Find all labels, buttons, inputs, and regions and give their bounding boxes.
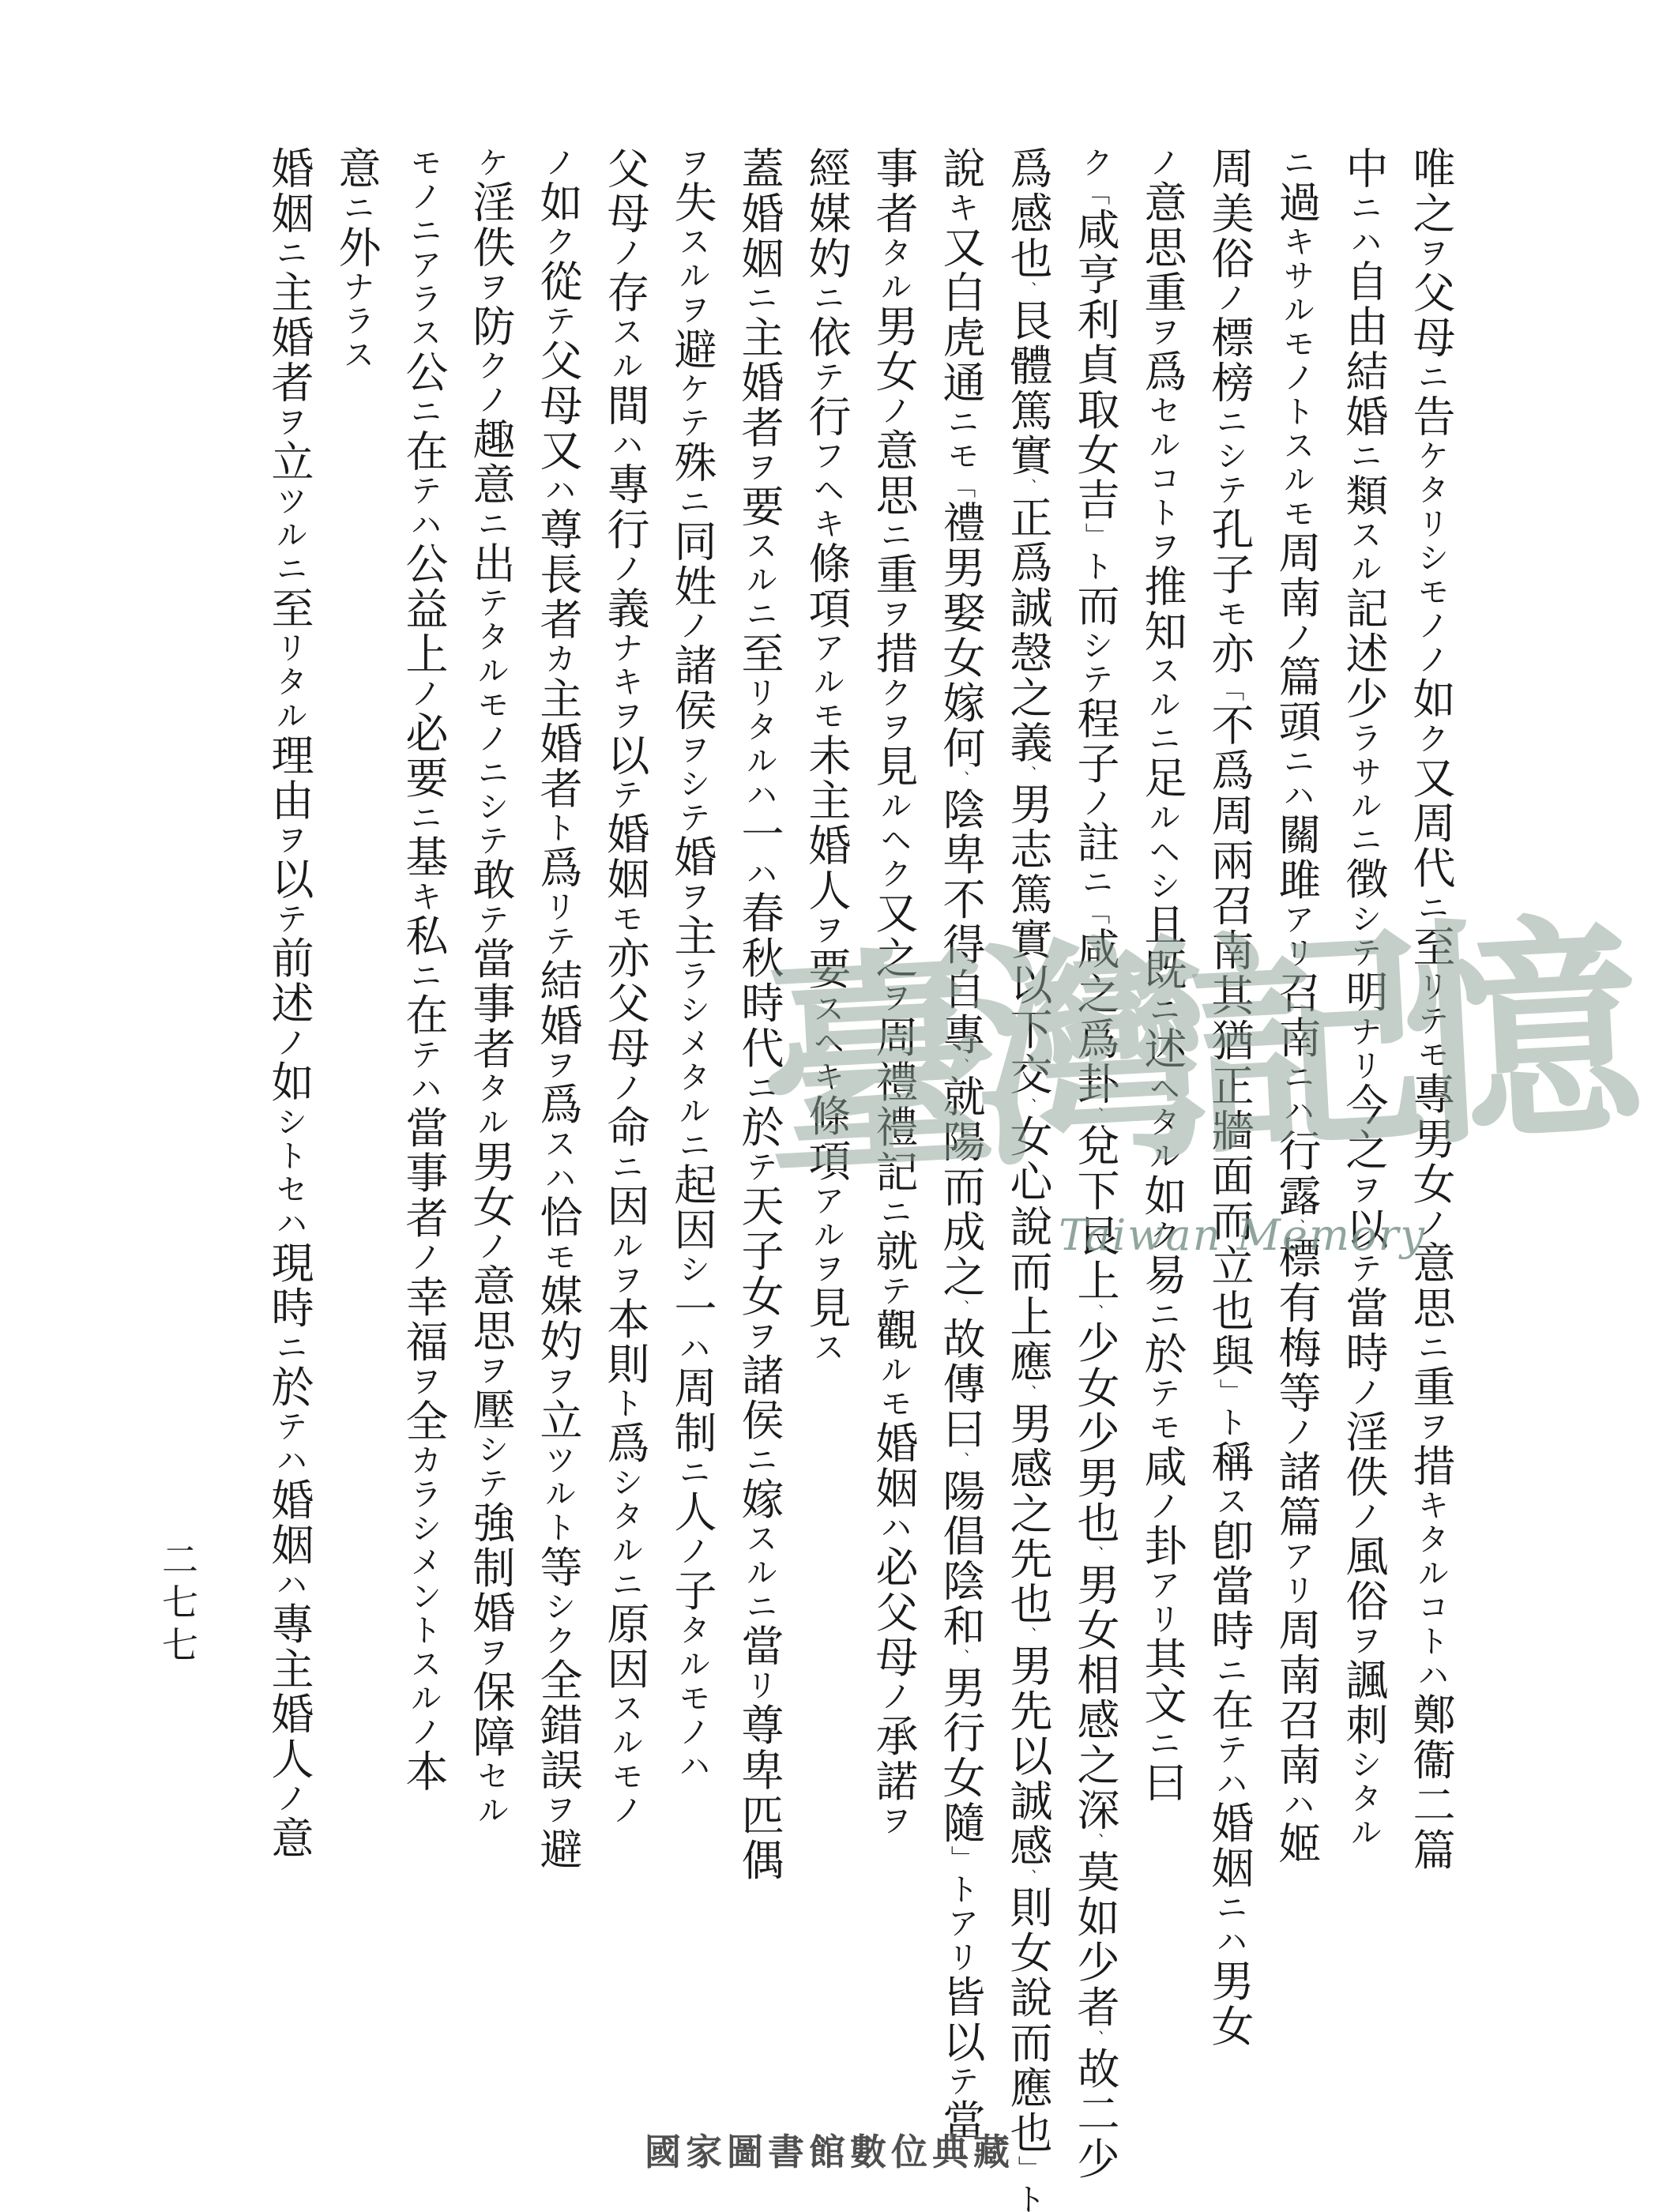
text-column: ニ過キサルモノトスルモ周南ノ篇頭ニハ關雎アリ召南ニハ行露、標有梅等ノ諸篇アリ周南… xyxy=(1275,146,1318,2212)
text-column: 意ニ外ナラス xyxy=(335,146,378,2212)
text-column: 經媒妁ニ依テ行フヘキ條項アルモ未主婚人ヲ要スヘキ條項アルヲ見ス xyxy=(805,146,848,2212)
text-column: 事者タル男女ノ意思ニ重ヲ措クヲ見ルヘク又之ヲ周禮禮記ニ就テ觀ルモ婚姻ハ必父母ノ承… xyxy=(872,146,915,2212)
text-column: 中ニハ自由結婚ニ類スル記述少ラサルニ徴シテ明ナリ今之ヲ以テ當時ノ淫佚ノ風俗ヲ諷刺… xyxy=(1342,146,1385,2212)
text-column: 爲感也、艮體篤實、正爲誠愨之義、男志篤實以下交、女心說而上應、男感之先也、男先以… xyxy=(1006,146,1049,2212)
text-column: 婚姻ニ主婚者ヲ立ツルニ至リタル理由ヲ以テ前述ノ如シトセハ現時ニ於テハ婚姻ハ專主婚… xyxy=(268,146,310,2212)
page-number: 二七七 xyxy=(152,1540,204,1668)
text-column: 唯之ヲ父母ニ告ケタリシモノノ如ク又周代ニ至リテモ專男女ノ意思ニ重ヲ措キタルコトハ… xyxy=(1409,146,1452,2212)
text-column: 父母ノ存スル間ハ專行ノ義ナキヲ以テ婚姻モ亦父母ノ命ニ因ルヲ本則ト爲シタルニ原因ス… xyxy=(604,146,646,2212)
text-column: ノ如ク從テ父母又ハ尊長者カ主婚者ト爲リテ結婚ヲ爲スハ恰モ媒妁ヲ立ツルト等シク全錯… xyxy=(536,146,579,2212)
text-column: 周美俗ノ標榜ニシテ孔子モ亦「不爲周兩召南其猶正牆面而立也與」ト稱ス卽當時ニ在テハ… xyxy=(1208,146,1251,2212)
text-column: ケ淫佚ヲ防クノ趣意ニ出テタルモノニシテ敢テ當事者タル男女ノ意思ヲ壓シテ強制婚ヲ保… xyxy=(469,146,512,2212)
text-column: モノニアラス公ニ在テハ公益上ノ必要ニ基キ私ニ在テハ當事者ノ幸福ヲ全カラシメントス… xyxy=(402,146,445,2212)
scanned-book-page: 唯之ヲ父母ニ告ケタリシモノノ如ク又周代ニ至リテモ專男女ノ意思ニ重ヲ措キタルコトハ… xyxy=(0,0,1659,2212)
national-library-digital-archive-stamp: 國家圖書館數位典藏 xyxy=(645,2124,1014,2176)
text-column: ノ意思重ヲ爲セルコトヲ推知スルニ足ルヘシ且既ニ述ヘタル如ク易ニ於テモ咸ノ卦アリ其… xyxy=(1141,146,1183,2212)
text-column: ク「咸亨利貞取女吉」ト而シテ程子ノ註ニ「咸之爲卦、兌下艮上、少女少男也、男女相感… xyxy=(1074,146,1116,2212)
vertical-text-block: 唯之ヲ父母ニ告ケタリシモノノ如ク又周代ニ至リテモ專男女ノ意思ニ重ヲ措キタルコトハ… xyxy=(243,146,1452,2212)
text-column: 說キ又白虎通ニモ「禮男娶女嫁何、陰卑不得自專、就陽而成之、故傳曰、陽倡陰和、男行… xyxy=(939,146,982,2212)
text-column: 蓋婚姻ニ主婚者ヲ要スルニ至リタルハ一ハ春秋時代ニ於テ天子女ヲ諸侯ニ嫁スルニ當リ尊… xyxy=(738,146,781,2212)
text-column: ヲ失スルヲ避ケテ殊ニ同姓ノ諸侯ヲシテ婚ヲ主ラシメタルニ起因シ一ハ周制ニ人ノ子タル… xyxy=(671,146,713,2212)
